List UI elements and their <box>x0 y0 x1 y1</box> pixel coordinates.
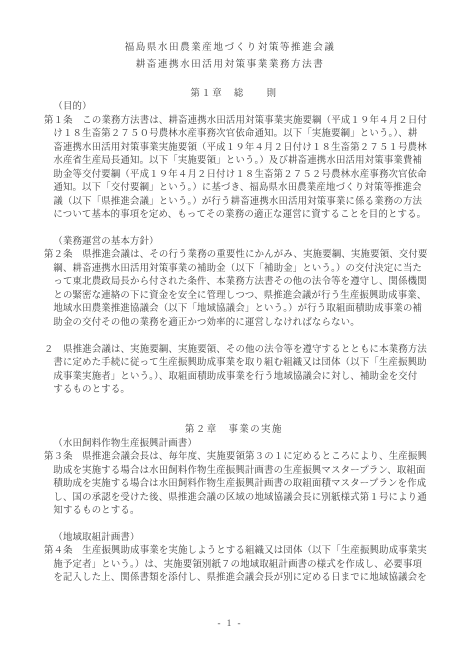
document-line: （水田飼料作物生産振興計画書） <box>44 438 424 451</box>
document-line: って東北農政局長から付された条件、本業務方法書その他の法令等を遵守し、関係機関 <box>44 276 424 289</box>
document-title-block: 福島県水田農業産地づくり対策等推進会議 耕畜連携水田活用対策事業業務方法書 <box>0 0 460 73</box>
document-line: 議（以下「県推進会議」という。）が行う耕畜連携水田活用対策事業に係る業務の方法 <box>44 196 424 209</box>
document-body: 第１章 総 則（目的）第１条 この業務方法書は、耕畜連携水田活用対策事業実施要綱… <box>0 73 460 586</box>
document-line: 助金の交付その他の業務を適正かつ効率的に運営しなければならない。 <box>44 317 424 330</box>
document-line: 施予定者」という。）は、実施要領別紙７の地域取組計画書の様式を作成し、必要事項 <box>44 559 424 572</box>
document-line: （地域取組計画書） <box>44 532 424 545</box>
document-title: 福島県水田農業産地づくり対策等推進会議 <box>0 39 460 56</box>
document-line: 第２章 事業の実施 <box>44 424 424 437</box>
document-line: （目的） <box>44 101 424 114</box>
document-line: 書に定めた手続に従って生産振興助成事業を取り組む組織又は団体（以下「生産振興助 <box>44 357 424 370</box>
document-line: け１８生畜第２７５０号農林水産事務次官依命通知。以下「実施要綱」という。）、耕 <box>44 128 424 141</box>
document-line: を記入した上、関係書類を添付し、県推進会議会長が別に定める日までに地域協議会を <box>44 572 424 585</box>
document-line: 積助成を実施する場合は水田飼料作物生産振興計画書の取組面積マスタープランを作成 <box>44 478 424 491</box>
document-page: 福島県水田農業産地づくり対策等推進会議 耕畜連携水田活用対策事業業務方法書 第１… <box>0 0 460 645</box>
blank-line <box>44 411 424 424</box>
document-line: ２ 県推進会議は、実施要綱、実施要領、その他の法令等を遵守するとともに本業務方法 <box>44 344 424 357</box>
document-line: 助金等交付要綱（平成１９年４月２日付け１８生畜第２７５２号農林水産事務次官依命 <box>44 169 424 182</box>
document-line: 成事業実施者」という。）、取組面積助成事業を行う地域協議会に対し、補助金を交付 <box>44 371 424 384</box>
document-line: との緊密な連絡の下に資金を安全に管理しつつ、県推進会議が行う生産振興助成事業、 <box>44 290 424 303</box>
document-line: するものとする。 <box>44 384 424 397</box>
document-line: 第４条 生産振興助成事業を実施しようとする組織又は団体（以下「生産振興助成事業実 <box>44 545 424 558</box>
document-line: について基本的事項を定め、もってその業務の適正な運営に資することを目的とする。 <box>44 209 424 222</box>
document-line: 地域水田農業推進協議会（以下「地域協議会」という。）が行う取組面積助成事業の補 <box>44 303 424 316</box>
blank-line <box>44 397 424 410</box>
document-line: 畜連携水田活用対策事業実施要領（平成１９年４月２日付け１８生畜第２７５１号農林 <box>44 142 424 155</box>
blank-line <box>44 519 424 532</box>
document-line: 第３条 県推進会議会長は、毎年度、実施要領第３の１に定めるところにより、生産振興 <box>44 451 424 464</box>
page-number: - 1 - <box>0 618 460 628</box>
document-line: （業務運営の基本方針） <box>44 236 424 249</box>
document-line: 第２条 県推進会議は、その行う業務の重要性にかんがみ、実施要綱、実施要領、交付要 <box>44 249 424 262</box>
blank-line <box>44 330 424 343</box>
document-line: 綱、耕畜連携水田活用対策事業の補助金（以下「補助金」という。）の交付決定に当た <box>44 263 424 276</box>
document-line: し、国の承認を受けた後、県推進会議の区域の地域協議会長に別紙様式第１号により通 <box>44 492 424 505</box>
document-line: 第１章 総 則 <box>44 88 424 101</box>
document-subtitle: 耕畜連携水田活用対策事業業務方法書 <box>0 56 460 73</box>
document-line: 水産省生産局長通知。以下「実施要領」という。）及び耕畜連携水田活用対策事業費補 <box>44 155 424 168</box>
blank-line <box>44 223 424 236</box>
document-line: 助成を実施する場合は水田飼料作物生産振興計画書の生産振興マスタープラン、取組面 <box>44 465 424 478</box>
document-line: 通知。以下「交付要綱」という。）に基づき、福島県水田農業産地づくり対策等推進会 <box>44 182 424 195</box>
document-line: 知するものとする。 <box>44 505 424 518</box>
document-line: 第１条 この業務方法書は、耕畜連携水田活用対策事業実施要綱（平成１９年４月２日付 <box>44 115 424 128</box>
